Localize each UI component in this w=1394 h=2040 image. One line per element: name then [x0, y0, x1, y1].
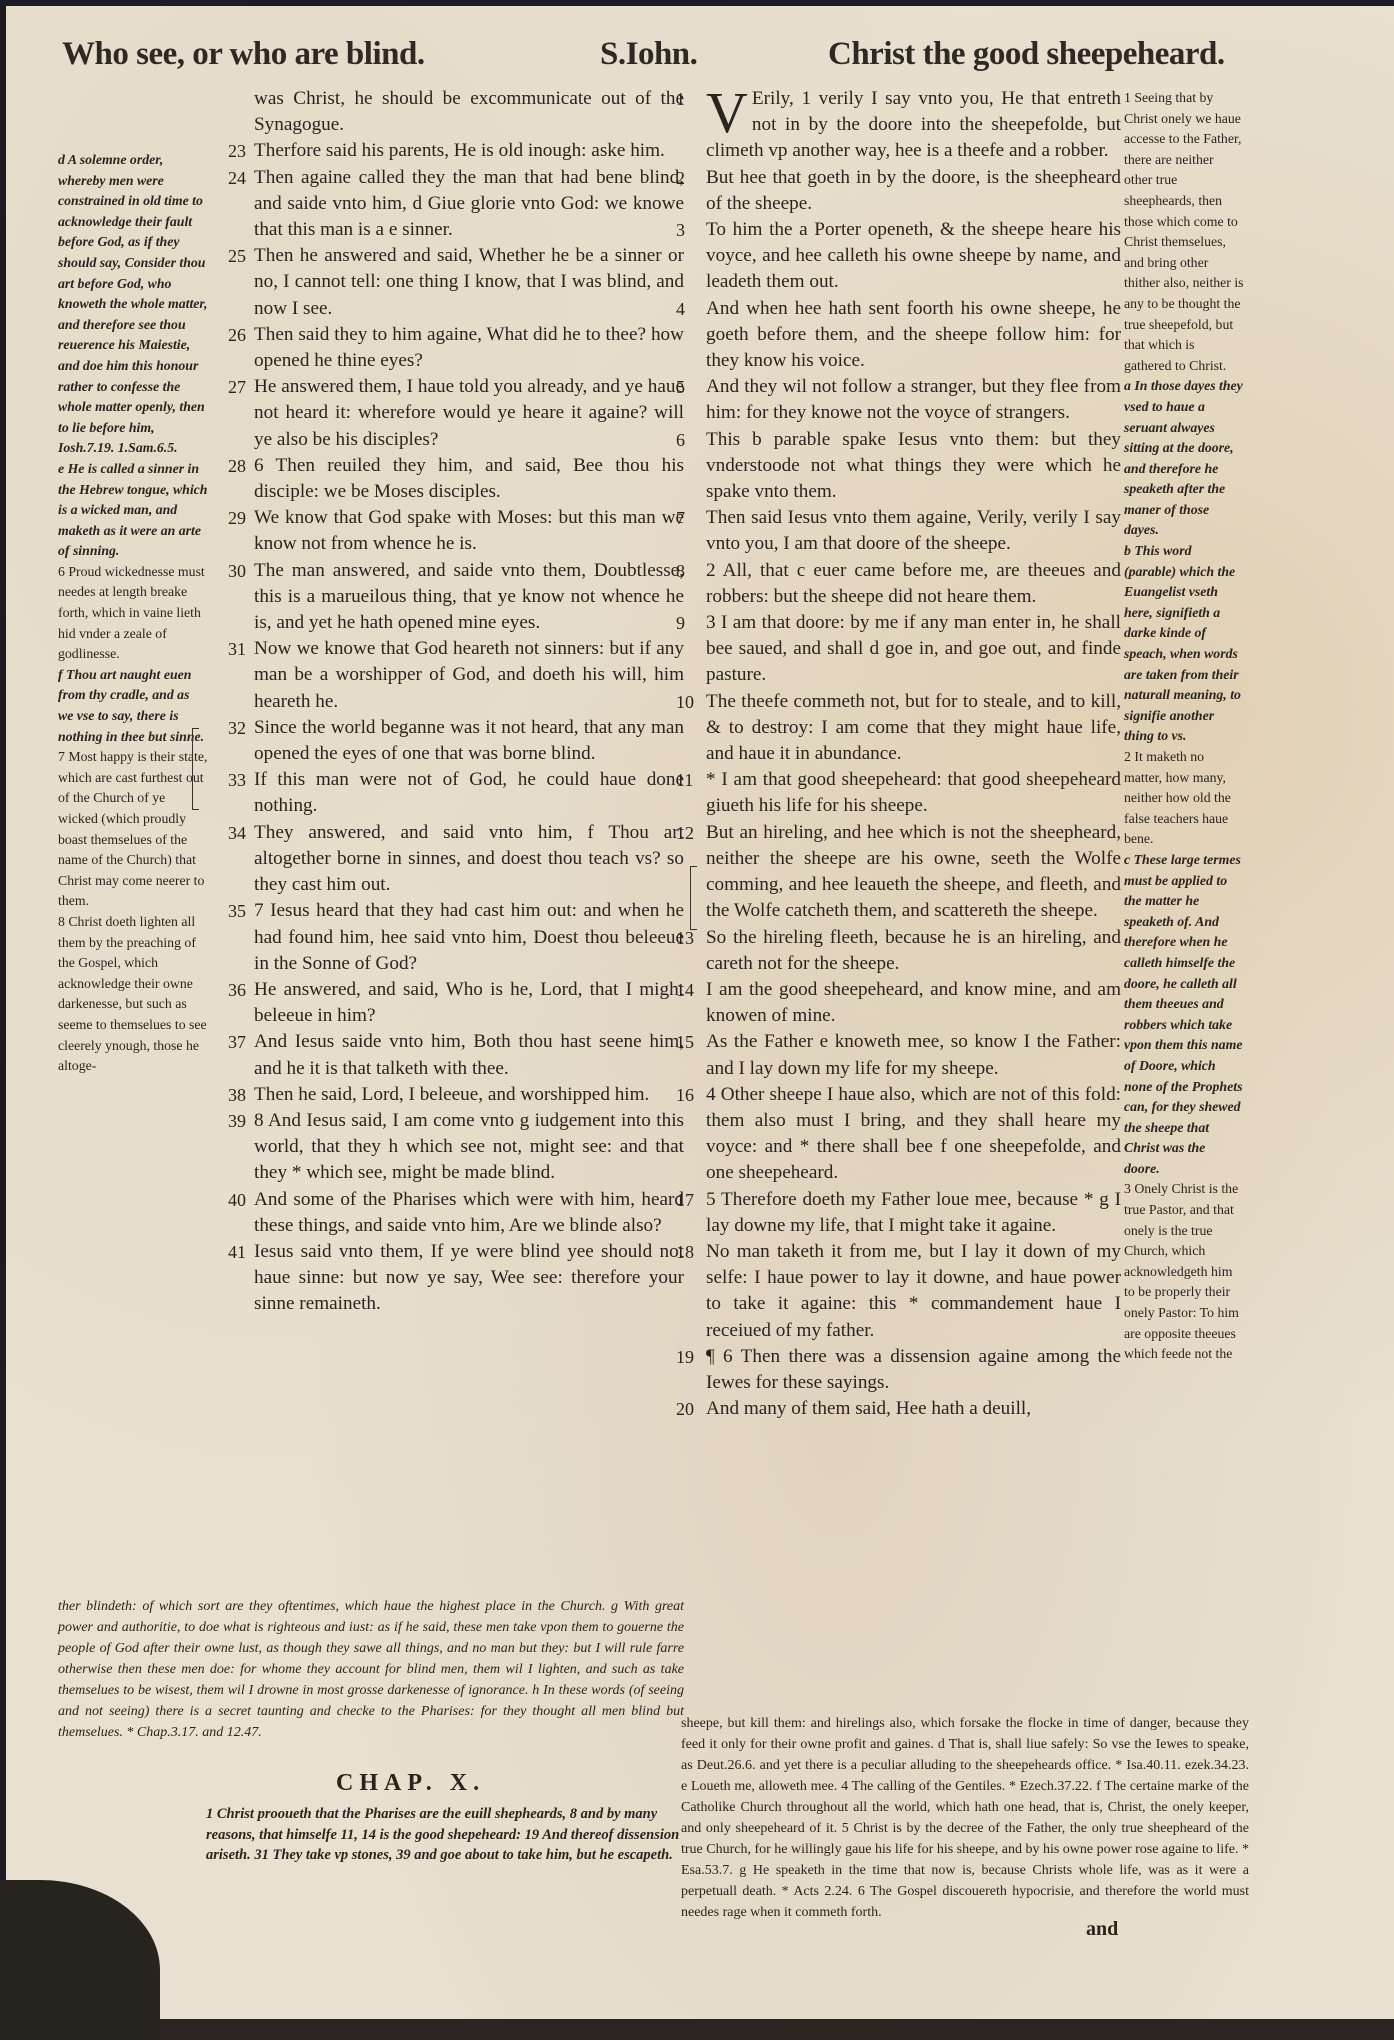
verse-text: The man answered, and saide vnto them, D… [254, 558, 684, 637]
verse-text: He answered, and said, Who is he, Lord, … [254, 977, 684, 1029]
verse-number: 1 [676, 86, 685, 112]
verse-number: 13 [676, 925, 694, 951]
verse-text: He answered them, I haue told you alread… [254, 374, 684, 453]
verse-text: Then said Iesus vnto them againe, Verily… [706, 505, 1121, 557]
verse-number: 7 [676, 505, 685, 531]
margin-note: b This word (parable) which the Euangeli… [1124, 541, 1244, 747]
margin-note: a In those dayes they vsed to haue a ser… [1124, 376, 1244, 541]
verse: 14I am the good sheepeheard, and know mi… [706, 977, 1121, 1029]
verse: 40And some of the Pharises which were wi… [228, 1187, 684, 1239]
verse-text: And they wil not follow a stranger, but … [706, 374, 1121, 426]
verse-number: 35 [228, 898, 246, 924]
header-left-title: Who see, or who are blind. [62, 36, 425, 73]
verse-number: 38 [228, 1082, 246, 1108]
verse-number: 11 [676, 767, 693, 793]
verse-text: And Iesus saide vnto him, Both thou hast… [254, 1029, 684, 1081]
margin-bracket [690, 866, 697, 930]
verse: 37And Iesus saide vnto him, Both thou ha… [228, 1029, 684, 1081]
margin-bracket [192, 728, 199, 810]
verse-text: Now we knowe that God heareth not sinner… [254, 636, 684, 715]
verse-text: We know that God spake with Moses: but t… [254, 505, 684, 557]
verse-text: Therfore said his parents, He is old ino… [254, 138, 684, 164]
verse-text: Erily, 1 verily I say vnto you, He that … [706, 86, 1121, 165]
verse-number: 3 [676, 217, 685, 243]
verse: 26Then said they to him againe, What did… [228, 322, 684, 374]
verse: 41Iesus said vnto them, If ye were blind… [228, 1239, 684, 1318]
verse-number: 36 [228, 977, 246, 1003]
verse: 4And when hee hath sent foorth his owne … [706, 296, 1121, 375]
verse-number: 12 [676, 820, 694, 846]
verse-text: 6 Then reuiled they him, and said, Bee t… [254, 453, 684, 505]
margin-note: 7 Most happy is their state, which are c… [58, 747, 208, 912]
right-margin-notes: 1 Seeing that by Christ onely we haue ac… [1124, 88, 1244, 1365]
margin-note: c These large termes must be applied to … [1124, 850, 1244, 1180]
verse-number: 32 [228, 715, 246, 741]
catchword: and [1086, 1918, 1118, 1941]
verse-text: Then he answered and said, Whether he be… [254, 243, 684, 322]
verse-text: 7 Iesus heard that they had cast him out… [254, 898, 684, 977]
verse: 18No man taketh it from me, but I lay it… [706, 1239, 1121, 1344]
verse-number: 28 [228, 453, 246, 479]
margin-note: 6 Proud wickednesse must needes at lengt… [58, 562, 208, 665]
verse-number: 41 [228, 1239, 246, 1265]
verse: 357 Iesus heard that they had cast him o… [228, 898, 684, 977]
margin-note: f Thou art naught euen from thy cradle, … [58, 665, 208, 747]
verse-text: 5 Therefore doeth my Father loue mee, be… [706, 1187, 1121, 1239]
verse: 24Then againe called they the man that h… [228, 165, 684, 244]
margin-note: d A solemne order, whereby men were cons… [58, 150, 208, 459]
verse-text: The theefe commeth not, but for to steal… [706, 689, 1121, 768]
verse: 25Then he answered and said, Whether he … [228, 243, 684, 322]
left-margin-notes: d A solemne order, whereby men were cons… [58, 150, 208, 1077]
verse-number: 26 [228, 322, 246, 348]
verse: 10The theefe commeth not, but for to ste… [706, 689, 1121, 768]
verse: 36He answered, and said, Who is he, Lord… [228, 977, 684, 1029]
verse-text: But hee that goeth in by the doore, is t… [706, 165, 1121, 217]
verse: 23Therfore said his parents, He is old i… [228, 138, 684, 164]
verse: 27He answered them, I haue told you alre… [228, 374, 684, 453]
verse-text: And many of them said, Hee hath a deuill… [706, 1396, 1121, 1422]
verse: 29We know that God spake with Moses: but… [228, 505, 684, 557]
verse-text: 8 And Iesus said, I am come vnto g iudge… [254, 1108, 684, 1187]
verse-number: 25 [228, 243, 246, 269]
verse-number: 5 [676, 374, 685, 400]
verse: 6This b parable spake Iesus vnto them: b… [706, 427, 1121, 506]
verse: 11* I am that good sheepeheard: that goo… [706, 767, 1121, 819]
verse: 31Now we knowe that God heareth not sinn… [228, 636, 684, 715]
verse-text: I am the good sheepeheard, and know mine… [706, 977, 1121, 1029]
verse-text: They answered, and said vnto him, f Thou… [254, 820, 684, 899]
verse: 3To him the a Porter openeth, & the shee… [706, 217, 1121, 296]
verse-text: Iesus said vnto them, If ye were blind y… [254, 1239, 684, 1318]
verse-text: * I am that good sheepeheard: that good … [706, 767, 1121, 819]
verse-number: 27 [228, 374, 246, 400]
right-text-column: 1VErily, 1 verily I say vnto you, He tha… [706, 86, 1121, 1422]
verse: 34They answered, and said vnto him, f Th… [228, 820, 684, 899]
verse-text: If this man were not of God, he could ha… [254, 767, 684, 819]
verse-number: 20 [676, 1396, 694, 1422]
verse-number: 24 [228, 165, 246, 191]
verse-text: This b parable spake Iesus vnto them: bu… [706, 427, 1121, 506]
verse: 15As the Father e knoweth mee, so know I… [706, 1029, 1121, 1081]
verse-text: Then said they to him againe, What did h… [254, 322, 684, 374]
verse-text: And some of the Pharises which were with… [254, 1187, 684, 1239]
running-header: Who see, or who are blind. S.Iohn. Chris… [62, 32, 1242, 82]
verse-number: 30 [228, 558, 246, 584]
verse-number: 18 [676, 1239, 694, 1265]
verse-number: 33 [228, 767, 246, 793]
margin-note: 3 Onely Christ is the true Pastor, and t… [1124, 1179, 1244, 1364]
verse: 12But an hireling, and hee which is not … [706, 820, 1121, 925]
verse: 38Then he said, Lord, I beleeue, and wor… [228, 1082, 684, 1108]
verse: 19¶ 6 Then there was a dissension againe… [706, 1344, 1121, 1396]
chapter-heading: CHAP. X. [336, 1770, 485, 1797]
verse: 93 I am that doore: by me if any man ent… [706, 610, 1121, 689]
verse-number: 40 [228, 1187, 246, 1213]
verse-text: Then againe called they the man that had… [254, 165, 684, 244]
margin-note: 1 Seeing that by Christ onely we haue ac… [1124, 88, 1244, 376]
verse-text: But an hireling, and hee which is not th… [706, 820, 1121, 925]
verse: 2But hee that goeth in by the doore, is … [706, 165, 1121, 217]
verse-text: As the Father e knoweth mee, so know I t… [706, 1029, 1121, 1081]
verse: 33If this man were not of God, he could … [228, 767, 684, 819]
margin-note: 8 Christ doeth lighten all them by the p… [58, 912, 208, 1077]
verse-text: Since the world beganne was it not heard… [254, 715, 684, 767]
verse-number: 16 [676, 1082, 694, 1108]
book-page: Who see, or who are blind. S.Iohn. Chris… [6, 6, 1394, 2019]
verse: 13So the hireling fleeth, because he is … [706, 925, 1121, 977]
verse-number: 8 [676, 558, 685, 584]
verse: 1VErily, 1 verily I say vnto you, He tha… [706, 86, 1121, 165]
verse-number: 17 [676, 1187, 694, 1213]
verse-text: 4 Other sheepe I haue also, which are no… [706, 1082, 1121, 1187]
drop-cap: V [706, 88, 748, 138]
margin-note: e He is called a sinner in the Hebrew to… [58, 459, 208, 562]
verse: 82 All, that c euer came before me, are … [706, 558, 1121, 610]
left-bottom-note: ther blindeth: of which sort are they of… [58, 1596, 684, 1743]
verse-text: So the hireling fleeth, because he is an… [706, 925, 1121, 977]
verse: was Christ, he should be excommunicate o… [228, 86, 684, 138]
chapter-summary: 1 Christ prooueth that the Pharises are … [206, 1804, 682, 1866]
verse-number: 34 [228, 820, 246, 846]
margin-note: 2 It maketh no matter, how many, neither… [1124, 747, 1244, 850]
left-text-column: was Christ, he should be excommunicate o… [228, 86, 684, 1318]
verse: 286 Then reuiled they him, and said, Bee… [228, 453, 684, 505]
verse-number: 6 [676, 427, 685, 453]
verse: 32Since the world beganne was it not hea… [228, 715, 684, 767]
verse: 20And many of them said, Hee hath a deui… [706, 1396, 1121, 1422]
verse-text: Then he said, Lord, I beleeue, and worsh… [254, 1082, 684, 1108]
verse-number: 4 [676, 296, 685, 322]
verse-text: 2 All, that c euer came before me, are t… [706, 558, 1121, 610]
verse-text: To him the a Porter openeth, & the sheep… [706, 217, 1121, 296]
verse-number: 15 [676, 1029, 694, 1055]
verse: 5And they wil not follow a stranger, but… [706, 374, 1121, 426]
verse-text: was Christ, he should be excommunicate o… [254, 86, 684, 138]
verse-number: 23 [228, 138, 246, 164]
verse: 175 Therefore doeth my Father loue mee, … [706, 1187, 1121, 1239]
verse-text: ¶ 6 Then there was a dissension againe a… [706, 1344, 1121, 1396]
verse-text: 3 I am that doore: by me if any man ente… [706, 610, 1121, 689]
header-right-title: Christ the good sheepeheard. [828, 36, 1225, 73]
header-book-name: S.Iohn. [600, 36, 697, 73]
verse-number: 39 [228, 1108, 246, 1134]
verse-text: No man taketh it from me, but I lay it d… [706, 1239, 1121, 1344]
verse-number: 2 [676, 165, 685, 191]
verse: 30The man answered, and saide vnto them,… [228, 558, 684, 637]
verse-number: 31 [228, 636, 246, 662]
verse: 398 And Iesus said, I am come vnto g iud… [228, 1108, 684, 1187]
verse-number: 9 [676, 610, 685, 636]
verse-number: 10 [676, 689, 694, 715]
right-bottom-note: sheepe, but kill them: and hirelings als… [681, 1713, 1249, 1923]
verse-text: And when hee hath sent foorth his owne s… [706, 296, 1121, 375]
verse: 164 Other sheepe I haue also, which are … [706, 1082, 1121, 1187]
verse-number: 29 [228, 505, 246, 531]
verse-number: 14 [676, 977, 694, 1003]
verse-number: 37 [228, 1029, 246, 1055]
verse-number: 19 [676, 1344, 694, 1370]
verse: 7Then said Iesus vnto them againe, Veril… [706, 505, 1121, 557]
